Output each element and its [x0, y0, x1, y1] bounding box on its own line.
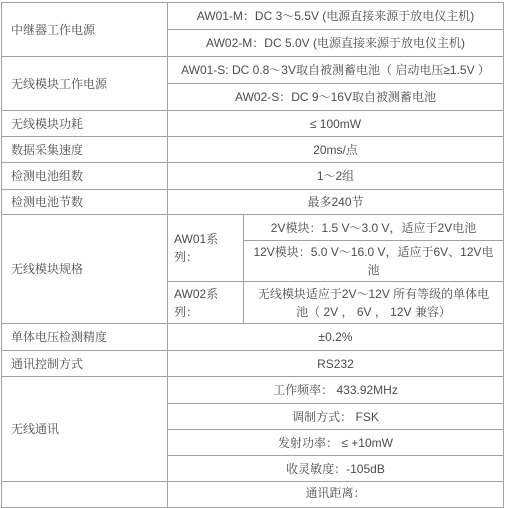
spec-value: 无线模块适应于2V～12V 所有等级的单体电池（ 2V ， 6V ， 12V 兼… [244, 282, 504, 324]
spec-label-repeater-power: 中继器工作电源 [2, 3, 168, 57]
spec-label-module-power-consumption: 无线模块功耗 [2, 111, 168, 137]
spec-value: 发射功率： ≤ +10mW [168, 430, 504, 456]
table-row: 无线通讯 工作频率： 433.92MHz [2, 377, 504, 404]
spec-label-voltage-accuracy: 单体电压检测精度 [2, 324, 168, 351]
table-row: 中继器工作电源 AW01-M：DC 3～5.5V (电源直接来源于放电仪主机) [2, 3, 504, 30]
spec-value: RS232 [168, 351, 504, 377]
spec-value: AW02-S：DC 9～16V取自被测蓄电池 [168, 84, 504, 111]
spec-value: 工作频率： 433.92MHz [168, 377, 504, 404]
spec-label-data-sample-rate: 数据采集速度 [2, 137, 168, 163]
spec-value: ≤ 100mW [168, 111, 504, 137]
spec-value: 1～2组 [168, 163, 504, 190]
spec-value: 20ms/点 [168, 137, 504, 163]
spec-label-battery-group-count: 检测电池组数 [2, 163, 168, 190]
spec-value: AW01-M：DC 3～5.5V (电源直接来源于放电仪主机) [168, 3, 504, 30]
table-row: 检测电池组数 1～2组 [2, 163, 504, 190]
spec-value: 12V模块：5.0 V～16.0 V，适应于6V、12V电池 [244, 241, 504, 282]
spec-table-page: 中继器工作电源 AW01-M：DC 3～5.5V (电源直接来源于放电仪主机) … [1, 2, 504, 469]
table-row: 单体电压检测精度 ±0.2% [2, 324, 504, 351]
table-row: 无线模块规格 AW01系列： 2V模块：1.5 V～3.0 V，适应于2V电池 [2, 215, 504, 241]
spec-value: 调制方式： FSK [168, 404, 504, 430]
spec-table: 中继器工作电源 AW01-M：DC 3～5.5V (电源直接来源于放电仪主机) … [1, 2, 504, 469]
spec-label-wireless-module-power: 无线模块工作电源 [2, 57, 168, 111]
table-row: 通讯控制方式 RS232 [2, 351, 504, 377]
spec-label-wireless-module-spec: 无线模块规格 [2, 215, 168, 324]
spec-label-wireless-comm: 无线通讯 [2, 377, 168, 470]
table-row: 无线模块工作电源 AW01-S: DC 0.8～3V取自被测蓄电池（ 启动电压≥… [2, 57, 504, 84]
table-row: 数据采集速度 20ms/点 [2, 137, 504, 163]
table-row: 检测电池节数 最多240节 [2, 190, 504, 215]
spec-value: 最多240节 [168, 190, 504, 215]
aw01-series-label: AW01系列： [168, 215, 244, 282]
spec-label-battery-cell-count: 检测电池节数 [2, 190, 168, 215]
spec-label-comm-control-mode: 通讯控制方式 [2, 351, 168, 377]
spec-value: 收灵敏度：-105dB [168, 456, 504, 470]
aw02-series-label: AW02系列： [168, 282, 244, 324]
table-row: 无线模块功耗 ≤ 100mW [2, 111, 504, 137]
spec-value: 2V模块：1.5 V～3.0 V，适应于2V电池 [244, 215, 504, 241]
spec-value: AW01-S: DC 0.8～3V取自被测蓄电池（ 启动电压≥1.5V ） [168, 57, 504, 84]
spec-value: ±0.2% [168, 324, 504, 351]
spec-value: AW02-M：DC 5.0V (电源直接来源于放电仪主机) [168, 30, 504, 57]
